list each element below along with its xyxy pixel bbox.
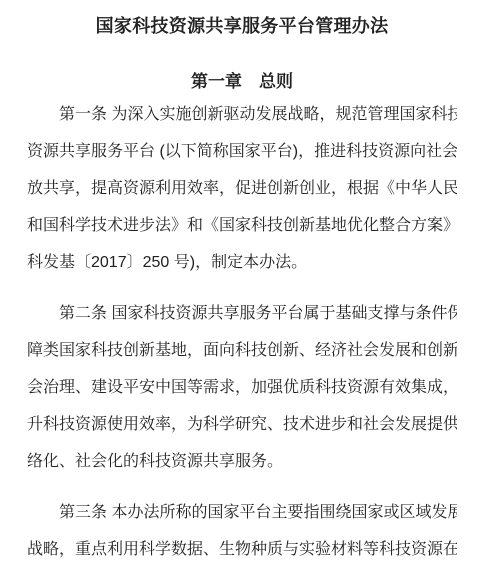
text-line: 第二条 国家科技资源共享服务平台属于基础支撑与条件保 [27,295,457,332]
document-title: 国家科技资源共享服务平台管理办法 [27,15,457,37]
document-body: 第一条 为深入实施创新驱动发展战略，规范管理国家科技 资源共享服务平台 (以下简… [27,96,457,568]
text-line: 会治理、建设平安中国等需求，加强优质科技资源有效集成，提 [27,369,457,406]
paragraph-article-3: 第三条 本办法所称的国家平台主要指围绕国家或区域发展 战略，重点利用科学数据、生… [27,494,457,568]
text-line: 和国科学技术进步法》和《国家科技创新基地优化整合方案》(国 [27,207,457,244]
text-line: 科发基〔2017〕250 号)，制定本办法。 [27,244,457,281]
text-line: 第一条 为深入实施创新驱动发展战略，规范管理国家科技 [27,96,457,133]
text-line: 第三条 本办法所称的国家平台主要指围绕国家或区域发展 [27,494,457,531]
text-line: 升科技资源使用效率，为科学研究、技术进步和社会发展提供网 [27,406,457,443]
text-line: 放共享，提高资源利用效率，促进创新创业，根据《中华人民共 [27,170,457,207]
paragraph-article-1: 第一条 为深入实施创新驱动发展战略，规范管理国家科技 资源共享服务平台 (以下简… [27,96,457,281]
text-line: 战略，重点利用科学数据、生物种质与实验材料等科技资源在国 [27,531,457,568]
paragraph-article-2: 第二条 国家科技资源共享服务平台属于基础支撑与条件保 障类国家科技创新基地，面向… [27,295,457,480]
document-page: 国家科技资源共享服务平台管理办法 第一章 总则 第一条 为深入实施创新驱动发展战… [0,0,482,583]
text-line: 资源共享服务平台 (以下简称国家平台)，推进科技资源向社会开 [27,133,457,170]
chapter-heading: 第一章 总则 [27,73,457,91]
text-line: 障类国家科技创新基地，面向科技创新、经济社会发展和创新社 [27,332,457,369]
text-line: 络化、社会化的科技资源共享服务。 [27,443,457,480]
document-content: 国家科技资源共享服务平台管理办法 第一章 总则 第一条 为深入实施创新驱动发展战… [0,0,482,568]
